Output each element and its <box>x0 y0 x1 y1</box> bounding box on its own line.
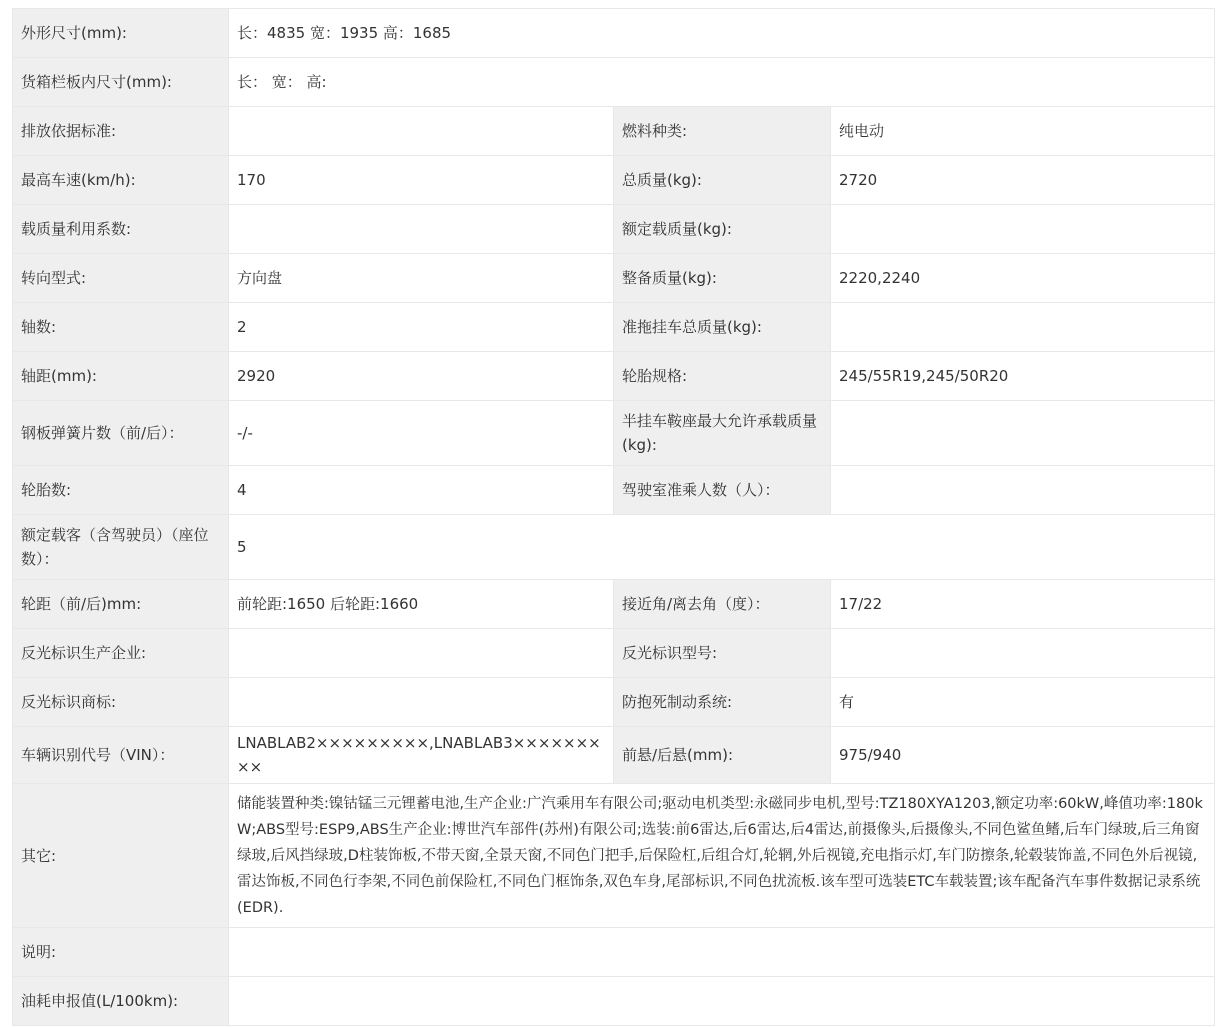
value-load-utilization <box>229 205 614 254</box>
label-rated-passengers: 额定载客（含驾驶员）（座位数）： <box>13 515 229 580</box>
label-notes: 说明: <box>13 928 229 977</box>
label-fuel-consumption: 油耗申报值(L/100km): <box>13 977 229 1026</box>
label-other: 其它: <box>13 784 229 928</box>
value-other: 储能装置种类:镍钴锰三元锂蓄电池,生产企业:广汽乘用车有限公司;驱动电机类型:永… <box>229 784 1215 928</box>
label-abs-system: 防抱死制动系统: <box>614 678 831 727</box>
value-trailer-mass <box>831 303 1215 352</box>
table-row: 车辆识别代号（VIN）： LNABLAB2×××××××××,LNABLAB3×… <box>13 727 1215 784</box>
table-row: 反光标识商标: 防抱死制动系统: 有 <box>13 678 1215 727</box>
table-row: 反光标识生产企业: 反光标识型号: <box>13 629 1215 678</box>
label-fuel-type: 燃料种类: <box>614 107 831 156</box>
value-tire-count: 4 <box>229 466 614 515</box>
table-row: 轮胎数: 4 驾驶室准乘人数（人）： <box>13 466 1215 515</box>
table-row: 载质量利用系数: 额定载质量(kg): <box>13 205 1215 254</box>
table-row-other: 其它: 储能装置种类:镍钴锰三元锂蓄电池,生产企业:广汽乘用车有限公司;驱动电机… <box>13 784 1215 928</box>
value-overhang: 975/940 <box>831 727 1215 784</box>
label-leaf-springs: 钢板弹簧片数（前/后）： <box>13 401 229 466</box>
value-dimensions: 长：4835 宽：1935 高：1685 <box>229 9 1215 58</box>
label-emission-standard: 排放依据标准: <box>13 107 229 156</box>
value-emission-standard <box>229 107 614 156</box>
value-max-speed: 170 <box>229 156 614 205</box>
label-vin: 车辆识别代号（VIN）： <box>13 727 229 784</box>
value-leaf-springs: -/- <box>229 401 614 466</box>
value-abs-system: 有 <box>831 678 1215 727</box>
value-rated-load <box>831 205 1215 254</box>
value-track-width: 前轮距:1650 后轮距:1660 <box>229 580 614 629</box>
label-gross-mass: 总质量(kg): <box>614 156 831 205</box>
label-track-width: 轮距（前/后)mm: <box>13 580 229 629</box>
label-rated-load: 额定载质量(kg): <box>614 205 831 254</box>
label-approach-departure-angle: 接近角/离去角（度）： <box>614 580 831 629</box>
value-reflector-model <box>831 629 1215 678</box>
label-load-utilization: 载质量利用系数: <box>13 205 229 254</box>
value-cab-capacity <box>831 466 1215 515</box>
table-row: 钢板弹簧片数（前/后）： -/- 半挂车鞍座最大允许承载质量(kg): <box>13 401 1215 466</box>
label-tire-spec: 轮胎规格: <box>614 352 831 401</box>
value-fuel-consumption <box>229 977 1215 1026</box>
label-steering-type: 转向型式: <box>13 254 229 303</box>
value-saddle-load <box>831 401 1215 466</box>
label-trailer-mass: 准拖挂车总质量(kg): <box>614 303 831 352</box>
value-notes <box>229 928 1215 977</box>
value-approach-departure-angle: 17/22 <box>831 580 1215 629</box>
value-cargo-box-dimensions: 长： 宽： 高: <box>229 58 1215 107</box>
table-row: 排放依据标准: 燃料种类: 纯电动 <box>13 107 1215 156</box>
value-tire-spec: 245/55R19,245/50R20 <box>831 352 1215 401</box>
value-axle-count: 2 <box>229 303 614 352</box>
table-row: 转向型式: 方向盘 整备质量(kg): 2220,2240 <box>13 254 1215 303</box>
vehicle-spec-table: 外形尺寸(mm): 长：4835 宽：1935 高：1685 货箱栏板内尺寸(m… <box>12 8 1215 1026</box>
table-row-passengers: 额定载客（含驾驶员）（座位数）： 5 <box>13 515 1215 580</box>
label-cargo-box-dimensions: 货箱栏板内尺寸(mm): <box>13 58 229 107</box>
table-row: 最高车速(km/h): 170 总质量(kg): 2720 <box>13 156 1215 205</box>
label-max-speed: 最高车速(km/h): <box>13 156 229 205</box>
table-row-dimensions: 外形尺寸(mm): 长：4835 宽：1935 高：1685 <box>13 9 1215 58</box>
value-rated-passengers: 5 <box>229 515 1215 580</box>
label-wheelbase: 轴距(mm): <box>13 352 229 401</box>
label-cab-capacity: 驾驶室准乘人数（人）： <box>614 466 831 515</box>
table-row: 轮距（前/后)mm: 前轮距:1650 后轮距:1660 接近角/离去角（度）：… <box>13 580 1215 629</box>
label-reflector-manufacturer: 反光标识生产企业: <box>13 629 229 678</box>
label-tire-count: 轮胎数: <box>13 466 229 515</box>
value-gross-mass: 2720 <box>831 156 1215 205</box>
value-reflector-brand <box>229 678 614 727</box>
label-saddle-load: 半挂车鞍座最大允许承载质量(kg): <box>614 401 831 466</box>
label-reflector-model: 反光标识型号: <box>614 629 831 678</box>
value-steering-type: 方向盘 <box>229 254 614 303</box>
label-reflector-brand: 反光标识商标: <box>13 678 229 727</box>
value-curb-mass: 2220,2240 <box>831 254 1215 303</box>
table-row-notes: 说明: <box>13 928 1215 977</box>
value-wheelbase: 2920 <box>229 352 614 401</box>
label-axle-count: 轴数: <box>13 303 229 352</box>
label-overhang: 前悬/后悬(mm): <box>614 727 831 784</box>
table-row-cargo-box-dimensions: 货箱栏板内尺寸(mm): 长： 宽： 高: <box>13 58 1215 107</box>
value-reflector-manufacturer <box>229 629 614 678</box>
value-fuel-type: 纯电动 <box>831 107 1215 156</box>
label-curb-mass: 整备质量(kg): <box>614 254 831 303</box>
table-row-fuel-consumption: 油耗申报值(L/100km): <box>13 977 1215 1026</box>
value-vin: LNABLAB2×××××××××,LNABLAB3××××××××× <box>229 727 614 784</box>
label-dimensions: 外形尺寸(mm): <box>13 9 229 58</box>
table-row: 轴数: 2 准拖挂车总质量(kg): <box>13 303 1215 352</box>
table-row: 轴距(mm): 2920 轮胎规格: 245/55R19,245/50R20 <box>13 352 1215 401</box>
